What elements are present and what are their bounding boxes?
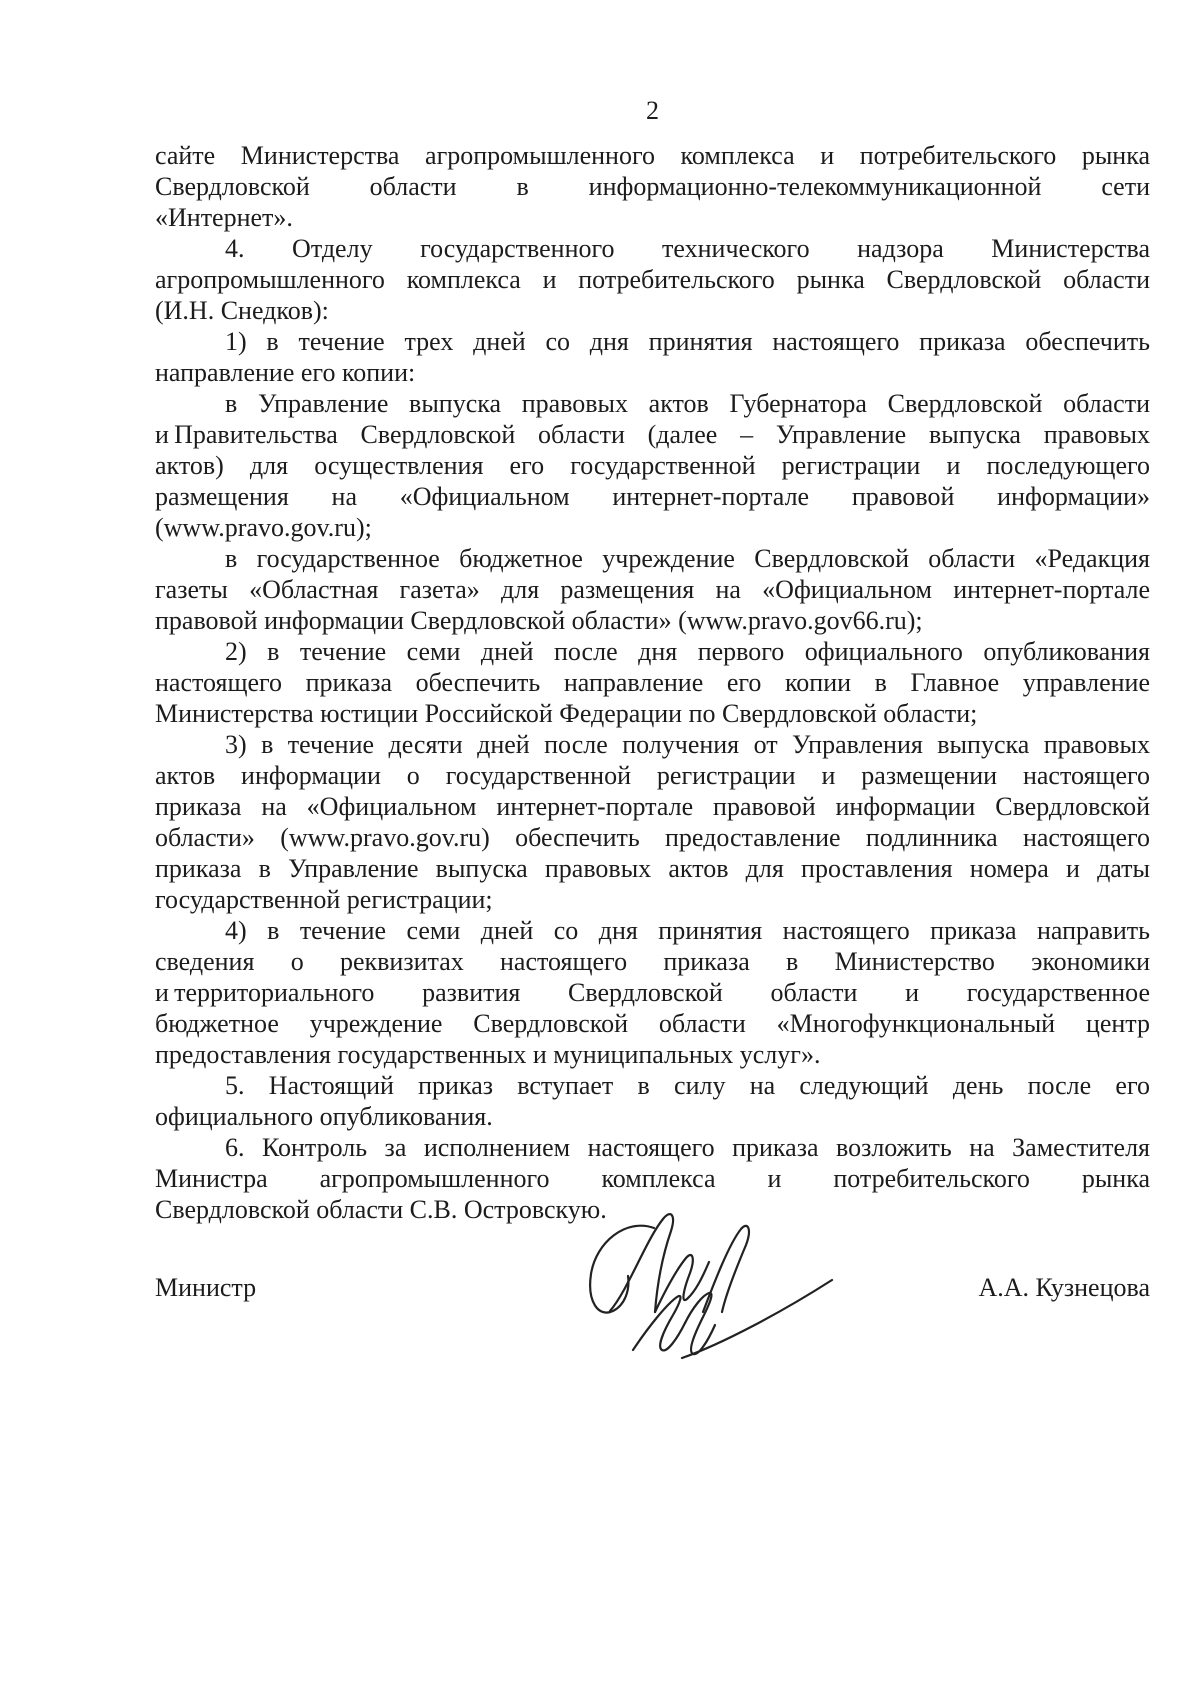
text-line: правовой информации Свердловской области…	[155, 605, 1150, 636]
text-line: приказа на «Официальном интернет-портале…	[155, 791, 1150, 822]
paragraph: в государственное бюджетное учреждение С…	[155, 543, 1150, 636]
paragraph: сайте Министерства агропромышленного ком…	[155, 140, 1150, 233]
text-line: и территориального развития Свердловской…	[155, 977, 1150, 1008]
page-number: 2	[155, 95, 1150, 126]
text-line: (www.pravo.gov.ru);	[155, 512, 1150, 543]
text-line: 4. Отделу государственного технического …	[155, 233, 1150, 264]
text-line: Свердловской области в информационно-тел…	[155, 171, 1150, 202]
text-line: предоставления государственных и муницип…	[155, 1039, 1150, 1070]
text-line: бюджетное учреждение Свердловской област…	[155, 1008, 1150, 1039]
paragraph: 3) в течение десяти дней после получения…	[155, 729, 1150, 915]
document-body: сайте Министерства агропромышленного ком…	[155, 140, 1150, 1225]
text-line: 5. Настоящий приказ вступает в силу на с…	[155, 1070, 1150, 1101]
text-line: 6. Контроль за исполнением настоящего пр…	[155, 1132, 1150, 1163]
text-line: в государственное бюджетное учреждение С…	[155, 543, 1150, 574]
paragraph: 4. Отделу государственного технического …	[155, 233, 1150, 326]
paragraph: 2) в течение семи дней после дня первого…	[155, 636, 1150, 729]
paragraph: в Управление выпуска правовых актов Губе…	[155, 388, 1150, 543]
text-line: газеты «Областная газета» для размещения…	[155, 574, 1150, 605]
paragraph: 5. Настоящий приказ вступает в силу на с…	[155, 1070, 1150, 1132]
signer-role: Министр	[155, 1272, 256, 1303]
text-line: приказа в Управление выпуска правовых ак…	[155, 853, 1150, 884]
text-line: «Интернет».	[155, 202, 1150, 233]
text-line: Министерства юстиции Российской Федераци…	[155, 698, 1150, 729]
document-page: 2 сайте Министерства агропромышленного к…	[0, 0, 1200, 1697]
text-line: 2) в течение семи дней после дня первого…	[155, 636, 1150, 667]
signer-name: А.А. Кузнецова	[978, 1272, 1150, 1303]
text-line: актов информации о государственной регис…	[155, 760, 1150, 791]
text-line: настоящего приказа обеспечить направлени…	[155, 667, 1150, 698]
text-line: направление его копии:	[155, 357, 1150, 388]
text-line: 3) в течение десяти дней после получения…	[155, 729, 1150, 760]
text-line: 1) в течение трех дней со дня принятия н…	[155, 326, 1150, 357]
text-line: государственной регистрации;	[155, 884, 1150, 915]
text-line: (И.Н. Снедков):	[155, 295, 1150, 326]
text-line: в Управление выпуска правовых актов Губе…	[155, 388, 1150, 419]
text-line: области» (www.pravo.gov.ru) обеспечить п…	[155, 822, 1150, 853]
text-line: и Правительства Свердловской области (да…	[155, 419, 1150, 450]
text-line: сведения о реквизитах настоящего приказа…	[155, 946, 1150, 977]
paragraph: 1) в течение трех дней со дня принятия н…	[155, 326, 1150, 388]
text-line: актов) для осуществления его государстве…	[155, 450, 1150, 481]
paragraph: 4) в течение семи дней со дня принятия н…	[155, 915, 1150, 1070]
text-line: размещения на «Официальном интернет-порт…	[155, 481, 1150, 512]
text-line: сайте Министерства агропромышленного ком…	[155, 140, 1150, 171]
text-line: 4) в течение семи дней со дня принятия н…	[155, 915, 1150, 946]
handwritten-signature-icon	[570, 1198, 860, 1378]
text-line: агропромышленного комплекса и потребител…	[155, 264, 1150, 295]
text-line: официального опубликования.	[155, 1101, 1150, 1132]
text-line: Министра агропромышленного комплекса и п…	[155, 1163, 1150, 1194]
